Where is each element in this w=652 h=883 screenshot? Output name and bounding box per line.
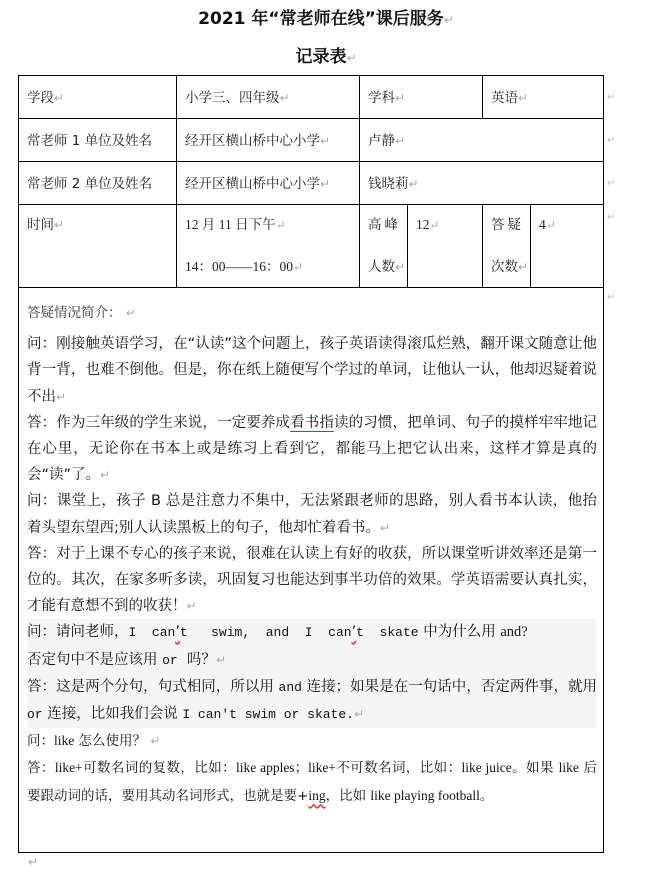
text-run: 常老师 1 单位及姓名: [27, 133, 152, 149]
col-divider: [176, 76, 177, 287]
answer-3: 答：这是两个分句，句式相同，所以用 and 连接；如果是在一句话中，否定两件事，…: [27, 674, 597, 728]
text-run: 14：00——16：00: [185, 259, 293, 274]
peak-value: 12↵: [416, 216, 440, 234]
paragraph-mark-icon: ↵: [409, 177, 419, 191]
paragraph-mark-icon: ↵: [395, 91, 405, 105]
text-run: 12: [416, 217, 430, 232]
row-divider: [19, 287, 603, 288]
row-divider: [19, 161, 603, 162]
paragraph-mark-icon: ↵: [216, 653, 226, 667]
paragraph-mark-icon: ↵: [54, 218, 64, 232]
text-run: 问：刚接触英语学习，在“认读”这个问题上，孩子英语读得滚瓜烂熟，翻开课文随意让他…: [27, 336, 597, 404]
document-title: 2021 年“常老师在线”课后服务↵: [0, 4, 652, 29]
paragraph-mark-icon: ↵: [430, 218, 440, 232]
text-run: 人数: [368, 259, 395, 275]
text-run: like playing football: [370, 788, 479, 803]
date-value: 12 月 11 日下午↵: [185, 216, 286, 234]
document-subtitle: 记录表↵: [0, 42, 652, 67]
text-run: ；: [295, 760, 309, 776]
text-run: like+: [55, 760, 83, 775]
subject-label: 学科↵: [368, 89, 405, 107]
text-run: 答：对于上课不专心的孩子来说，很难在认读上有好的收获，所以课堂听讲效率还是第一位…: [27, 546, 597, 614]
text-run: t swim, and I can: [180, 625, 352, 640]
text-run: 连接，比如我们会说: [43, 706, 183, 722]
text-run: like: [559, 760, 579, 775]
paragraph-mark-icon: ↵: [444, 13, 454, 27]
text-run: 答疑: [491, 217, 524, 233]
text-run: like+: [308, 760, 336, 775]
stage-value: 小学三、四年级↵: [185, 89, 290, 107]
paragraph-mark-icon: ↵: [276, 218, 286, 232]
text-run: 连接；如果是在一句话中，否定两件事，就用: [302, 679, 597, 695]
time-label: 时间↵: [27, 216, 64, 234]
teacher1-label: 常老师 1 单位及姓名: [27, 132, 152, 150]
row-end-mark-icon: ↵: [607, 178, 615, 189]
text-run: ，比如: [326, 788, 371, 804]
question-4: 问：like 怎么使用？ ↵: [27, 728, 597, 754]
text-run: 常老师 2 单位及姓名: [27, 176, 152, 192]
peak-label-line1: 高峰: [368, 216, 401, 234]
text-run: or: [162, 653, 178, 668]
text-run: 。: [480, 788, 494, 804]
paragraph-mark-icon: ↵: [54, 91, 64, 105]
paragraph-mark-icon: ↵: [380, 521, 390, 535]
text-run: like: [54, 733, 74, 748]
text-run: and?: [500, 624, 527, 640]
qa-label-line1: 答疑: [491, 216, 524, 234]
paragraph-mark-icon: ↵: [293, 260, 303, 274]
text-run: 12 月 11 日下午: [185, 217, 276, 232]
question-3: 问：请问老师，I can’t swim, and I can’t skate 中…: [27, 619, 597, 673]
text-run: 次数: [491, 259, 518, 275]
teacher1-name: 卢静↵: [368, 132, 405, 150]
text-run: 学科: [368, 90, 395, 106]
row-end-mark-icon: ↵: [607, 292, 615, 303]
paragraph-mark-icon: ↵: [126, 306, 136, 320]
text-run: 答：这是两个分句，句式相同，所以用: [27, 679, 279, 695]
col-divider: [530, 204, 531, 287]
text-run: I can't swim or skate.: [182, 707, 354, 722]
text-run: 小学三、四年级: [185, 90, 280, 106]
teacher1-school: 经开区横山桥中心小学↵: [185, 132, 330, 150]
paragraph-mark-icon: ↵: [395, 260, 405, 274]
text-run: 学段: [27, 90, 54, 106]
text-run: 怎么使用？: [74, 733, 146, 749]
text-run: like juice: [461, 760, 511, 775]
subtitle-text: 记录表: [295, 47, 346, 67]
col-divider: [407, 204, 408, 287]
text-run: 问：课堂上，孩子 B 总是注意力不集中，无法紧跟老师的思路，别人看书本认读，他抬…: [27, 493, 597, 535]
row-end-mark-icon: ↵: [607, 212, 615, 223]
col-divider: [482, 204, 483, 287]
paragraph-mark-icon: ↵: [346, 51, 356, 65]
col-divider: [359, 76, 360, 287]
text-run: and: [279, 680, 302, 695]
subject-value: 英语↵: [491, 89, 528, 107]
text-run: t skate: [356, 625, 418, 640]
text-run: I can: [129, 625, 176, 640]
text-run: 问：请问老师，: [27, 624, 129, 640]
row-divider: [19, 204, 603, 205]
text-run: 经开区横山桥中心小学: [185, 176, 320, 192]
answer-4: 答：like+可数名词的复数，比如：like apples；like+不可数名词…: [27, 754, 597, 810]
row-divider: [19, 118, 603, 119]
record-table: 学段↵ 小学三、四年级↵ 学科↵ 英语↵ 常老师 1 单位及姓名 经开区横山桥中…: [18, 75, 604, 853]
paragraph-mark-icon: ↵: [518, 260, 528, 274]
text-run: 英语: [491, 90, 518, 106]
question-2: 问：课堂上，孩子 B 总是注意力不集中，无法紧跟老师的思路，别人看书本认读，他抬…: [27, 488, 597, 540]
paragraph-mark-icon: ↵: [354, 707, 364, 721]
teacher2-label: 常老师 2 单位及姓名: [27, 175, 152, 193]
qa-value: 4↵: [539, 216, 556, 234]
peak-label-line2: 人数↵: [368, 258, 405, 276]
paragraph-mark-icon: ↵: [100, 468, 110, 482]
teacher2-name: 钱晓莉↵: [368, 175, 419, 193]
qa-label-line2: 次数↵: [491, 258, 528, 276]
text-run: 。如果: [512, 760, 559, 776]
text-run: 答：作为三年级的学生来说，一定要养成: [27, 415, 290, 431]
text-run: 经开区横山桥中心小学: [185, 133, 320, 149]
text-run: 高峰: [368, 217, 401, 233]
summary-heading: 答疑情况简介： ↵: [27, 300, 597, 326]
text-run: ing: [308, 788, 325, 803]
text-run: like apples: [236, 760, 295, 775]
row-end-mark-icon: ↵: [607, 92, 615, 103]
text-run: 4: [539, 217, 546, 232]
paragraph-mark-icon: ↵: [518, 91, 528, 105]
col-divider: [482, 76, 483, 118]
text-run: 时间: [27, 217, 54, 233]
text-run: 卢静: [368, 133, 395, 149]
paragraph-mark-icon: ↵: [28, 855, 38, 869]
paragraph-mark-icon: ↵: [280, 91, 290, 105]
question-1: 问：刚接触英语学习，在“认读”这个问题上，孩子英语读得滚瓜烂熟，翻开课文随意让他…: [27, 331, 597, 410]
teacher2-school: 经开区横山桥中心小学↵: [185, 175, 330, 193]
text-run: 答：: [27, 760, 55, 776]
text-run: 可数名词的复数，比如：: [83, 760, 236, 776]
stage-label: 学段↵: [27, 89, 64, 107]
text-run: 答疑情况简介：: [27, 305, 122, 321]
paragraph-mark-icon: ↵: [395, 134, 405, 148]
text-run: 问：: [27, 733, 54, 749]
text-run: 中为什么用: [419, 624, 501, 640]
answer-2: 答：对于上课不专心的孩子来说，很难在认读上有好的收获，所以课堂听讲效率还是第一位…: [27, 541, 597, 620]
text-run: 否定句中不是应该用: [27, 652, 162, 668]
qa-summary: 答疑情况简介： ↵ 问：刚接触英语学习，在“认读”这个问题上，孩子英语读得滚瓜烂…: [27, 300, 597, 810]
paragraph-mark-icon: ↵: [150, 734, 160, 748]
text-run: 钱晓莉: [368, 176, 409, 192]
text-run: 不可数名词，比如：: [336, 760, 462, 776]
row-end-mark-icon: ↵: [607, 135, 615, 146]
text-run: 吗？: [178, 652, 216, 668]
text-run: 看书指: [290, 415, 334, 432]
paragraph-mark-icon: ↵: [320, 134, 330, 148]
answer-1: 答：作为三年级的学生来说，一定要养成看书指读的习惯，把单词、句子的摸样牢牢地记在…: [27, 410, 597, 489]
paragraph-mark-icon: ↵: [320, 177, 330, 191]
paragraph-mark-icon: ↵: [56, 390, 66, 404]
title-text: 2021 年“常老师在线”课后服务: [198, 9, 444, 29]
time-range-value: 14：00——16：00↵: [185, 258, 303, 276]
paragraph-mark-icon: ↵: [546, 218, 556, 232]
text-run: or: [27, 707, 43, 722]
paragraph-mark-icon: ↵: [187, 599, 197, 613]
